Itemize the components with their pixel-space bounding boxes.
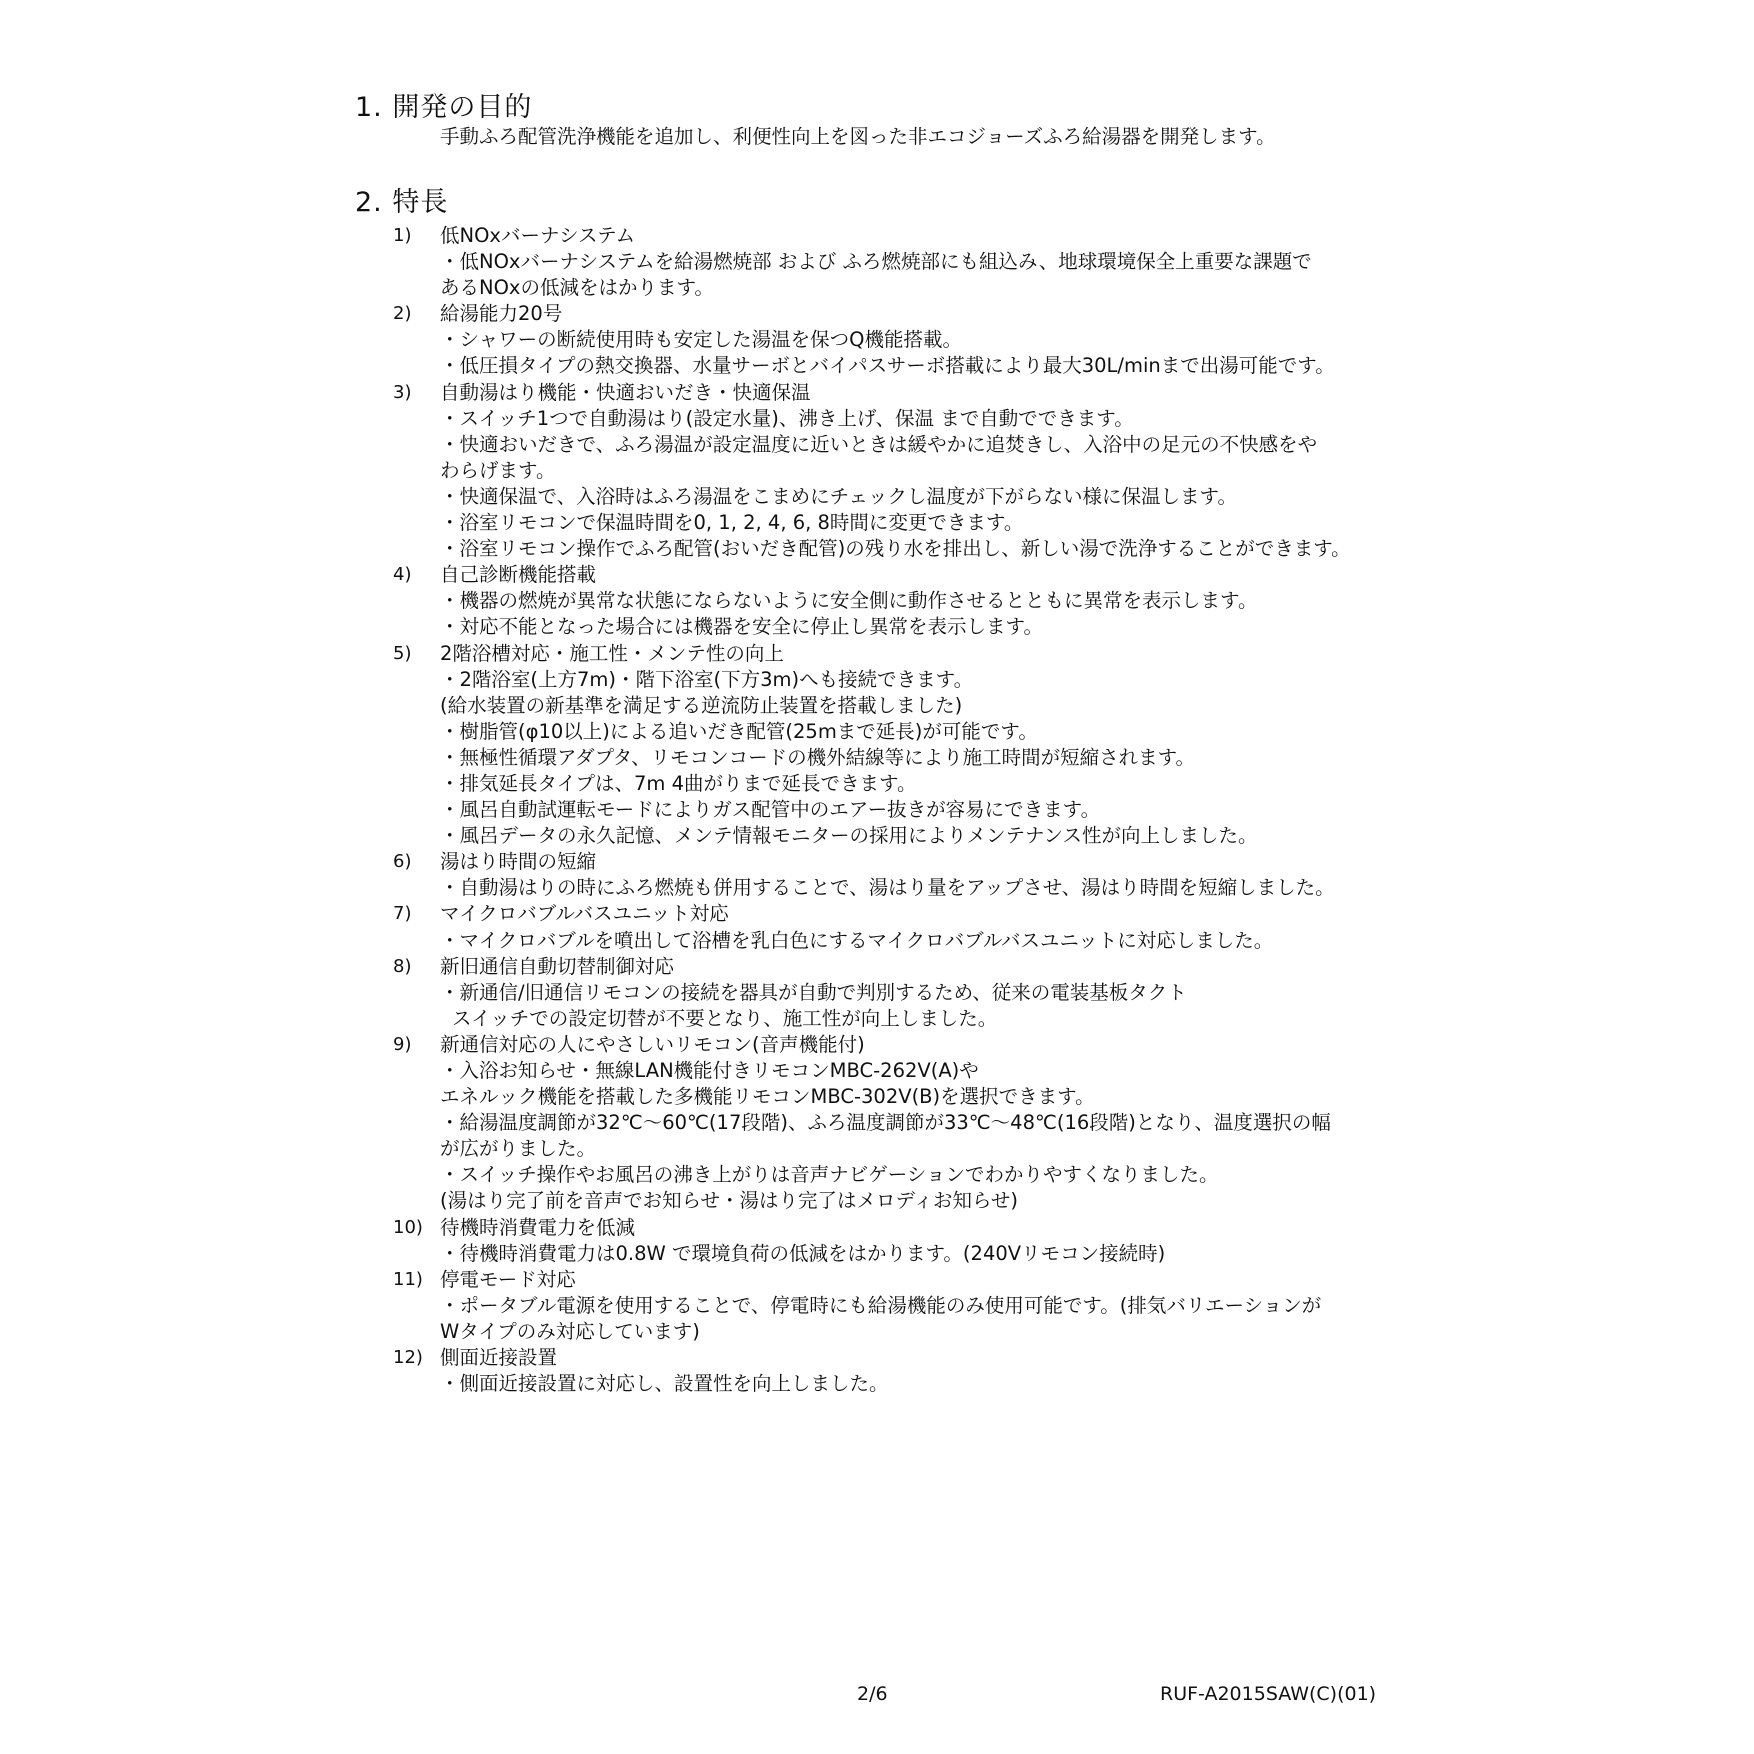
feature-number: 8) [393,954,440,980]
feature-number: 1) [393,223,440,249]
feature-number: 4) [393,562,440,588]
feature-title: マイクロバブルバスユニット対応 [440,901,1433,927]
feature-detail: Wタイプのみ対応しています) [393,1319,1433,1345]
feature-number: 9) [393,1032,440,1058]
feature-detail: わらげます。 [393,458,1433,484]
feature-detail: エネルック機能を搭載した多機能リモコンMBC-302V(B)を選択できます。 [393,1084,1433,1110]
feature-title: 湯はり時間の短縮 [440,849,1433,875]
feature-number: 2) [393,301,440,327]
feature-item: 2) 給湯能力20号 ・シャワーの断続使用時も安定した湯温を保つQ機能搭載。 ・… [393,301,1433,379]
feature-detail: ・風呂データの永久記憶、メンテ情報モニターの採用によりメンテナンス性が向上しまし… [393,823,1433,849]
feature-number: 6) [393,849,440,875]
feature-detail: ・スイッチ1つで自動湯はり(設定水量)、沸き上げ、保温 まで自動でできます。 [393,406,1433,432]
feature-detail: ・快適おいだきで、ふろ湯温が設定温度に近いときは緩やかに追焚きし、入浴中の足元の… [393,432,1433,458]
feature-number: 7) [393,901,440,927]
feature-detail: ・低NOxバーナシステムを給湯燃焼部 および ふろ燃焼部にも組込み、地球環境保全… [393,249,1433,275]
feature-title: 側面近接設置 [440,1345,1433,1371]
section-heading-features: 2. 特長 [355,187,448,219]
feature-detail: ・無極性循環アダプタ、リモコンコードの機外結線等により施工時間が短縮されます。 [393,745,1433,771]
section-heading-purpose: 1. 開発の目的 [355,92,532,124]
feature-detail: ・ポータブル電源を使用することで、停電時にも給湯機能のみ使用可能です。(排気バリ… [393,1293,1433,1319]
feature-detail: ・待機時消費電力は0.8W で環境負荷の低減をはかります。(240Vリモコン接続… [393,1241,1433,1267]
feature-item: 12) 側面近接設置 ・側面近接設置に対応し、設置性を向上しました。 [393,1345,1433,1397]
feature-detail: ・新通信/旧通信リモコンの接続を器具が自動で判別するため、従来の電装基板タクト [393,980,1433,1006]
features-list: 1) 低NOxバーナシステム ・低NOxバーナシステムを給湯燃焼部 および ふろ… [393,223,1433,1397]
feature-detail: ・樹脂管(φ10以上)による追いだき配管(25mまで延長)が可能です。 [393,719,1433,745]
document-id: RUF-A2015SAW(C)(01) [1160,1683,1376,1705]
feature-detail: (給水装置の新基準を満足する逆流防止装置を搭載しました) [393,693,1433,719]
feature-detail: ・側面近接設置に対応し、設置性を向上しました。 [393,1371,1433,1397]
feature-item: 9) 新通信対応の人にやさしいリモコン(音声機能付) ・入浴お知らせ・無線LAN… [393,1032,1433,1215]
feature-item: 1) 低NOxバーナシステム ・低NOxバーナシステムを給湯燃焼部 および ふろ… [393,223,1433,301]
purpose-text: 手動ふろ配管洗浄機能を追加し、利便性向上を図った非エコジョーズふろ給湯器を開発し… [440,124,1276,150]
page-number: 2/6 [857,1683,888,1705]
feature-detail: ・入浴お知らせ・無線LAN機能付きリモコンMBC-262V(A)や [393,1058,1433,1084]
feature-detail: スイッチでの設定切替が不要となり、施工性が向上しました。 [393,1006,1433,1032]
feature-detail: あるNOxの低減をはかります。 [393,275,1433,301]
feature-detail: ・自動湯はりの時にふろ燃焼も併用することで、湯はり量をアップさせ、湯はり時間を短… [393,875,1433,901]
document-page: 1. 開発の目的 手動ふろ配管洗浄機能を追加し、利便性向上を図った非エコジョーズ… [0,0,1754,1754]
feature-detail: ・スイッチ操作やお風呂の沸き上がりは音声ナビゲーションでわかりやすくなりました。 [393,1162,1433,1188]
feature-detail: ・快適保温で、入浴時はふろ湯温をこまめにチェックし温度が下がらない様に保温します… [393,484,1433,510]
feature-number: 3) [393,380,440,406]
feature-title: 新旧通信自動切替制御対応 [440,954,1433,980]
feature-detail: ・浴室リモコン操作でふろ配管(おいだき配管)の残り水を排出し、新しい湯で洗浄する… [393,536,1433,562]
feature-detail: ・浴室リモコンで保温時間を0, 1, 2, 4, 6, 8時間に変更できます。 [393,510,1433,536]
feature-item: 7) マイクロバブルバスユニット対応 ・マイクロバブルを噴出して浴槽を乳白色にす… [393,901,1433,953]
feature-title: 自己診断機能搭載 [440,562,1433,588]
feature-title: 新通信対応の人にやさしいリモコン(音声機能付) [440,1032,1433,1058]
feature-title: 給湯能力20号 [440,301,1433,327]
feature-detail: ・2階浴室(上方7m)・階下浴室(下方3m)へも接続できます。 [393,667,1433,693]
feature-detail: が広がりました。 [393,1136,1433,1162]
feature-number: 5) [393,641,440,667]
feature-number: 11) [393,1267,440,1293]
feature-detail: ・風呂自動試運転モードによりガス配管中のエアー抜きが容易にできます。 [393,797,1433,823]
feature-title: 低NOxバーナシステム [440,223,1433,249]
feature-number: 12) [393,1345,440,1371]
feature-item: 8) 新旧通信自動切替制御対応 ・新通信/旧通信リモコンの接続を器具が自動で判別… [393,954,1433,1032]
feature-item: 6) 湯はり時間の短縮 ・自動湯はりの時にふろ燃焼も併用することで、湯はり量をア… [393,849,1433,901]
feature-number: 10) [393,1215,440,1241]
feature-item: 5) 2階浴槽対応・施工性・メンテ性の向上 ・2階浴室(上方7m)・階下浴室(下… [393,641,1433,850]
feature-detail: ・低圧損タイプの熱交換器、水量サーボとバイパスサーボ搭載により最大30L/min… [393,353,1433,379]
feature-detail: (湯はり完了前を音声でお知らせ・湯はり完了はメロディお知らせ) [393,1188,1433,1214]
feature-detail: ・マイクロバブルを噴出して浴槽を乳白色にするマイクロバブルバスユニットに対応しま… [393,928,1433,954]
feature-item: 11) 停電モード対応 ・ポータブル電源を使用することで、停電時にも給湯機能のみ… [393,1267,1433,1345]
feature-title: 2階浴槽対応・施工性・メンテ性の向上 [440,641,1433,667]
feature-item: 10) 待機時消費電力を低減 ・待機時消費電力は0.8W で環境負荷の低減をはか… [393,1215,1433,1267]
feature-detail: ・機器の燃焼が異常な状態にならないように安全側に動作させるとともに異常を表示しま… [393,588,1433,614]
feature-detail: ・シャワーの断続使用時も安定した湯温を保つQ機能搭載。 [393,327,1433,353]
feature-item: 4) 自己診断機能搭載 ・機器の燃焼が異常な状態にならないように安全側に動作させ… [393,562,1433,640]
feature-detail: ・給湯温度調節が32℃～60℃(17段階)、ふろ温度調節が33℃～48℃(16段… [393,1110,1433,1136]
feature-title: 自動湯はり機能・快適おいだき・快適保温 [440,380,1433,406]
feature-title: 停電モード対応 [440,1267,1433,1293]
feature-detail: ・対応不能となった場合には機器を安全に停止し異常を表示します。 [393,614,1433,640]
feature-item: 3) 自動湯はり機能・快適おいだき・快適保温 ・スイッチ1つで自動湯はり(設定水… [393,380,1433,563]
feature-detail: ・排気延長タイプは、7m 4曲がりまで延長できます。 [393,771,1433,797]
feature-title: 待機時消費電力を低減 [440,1215,1433,1241]
